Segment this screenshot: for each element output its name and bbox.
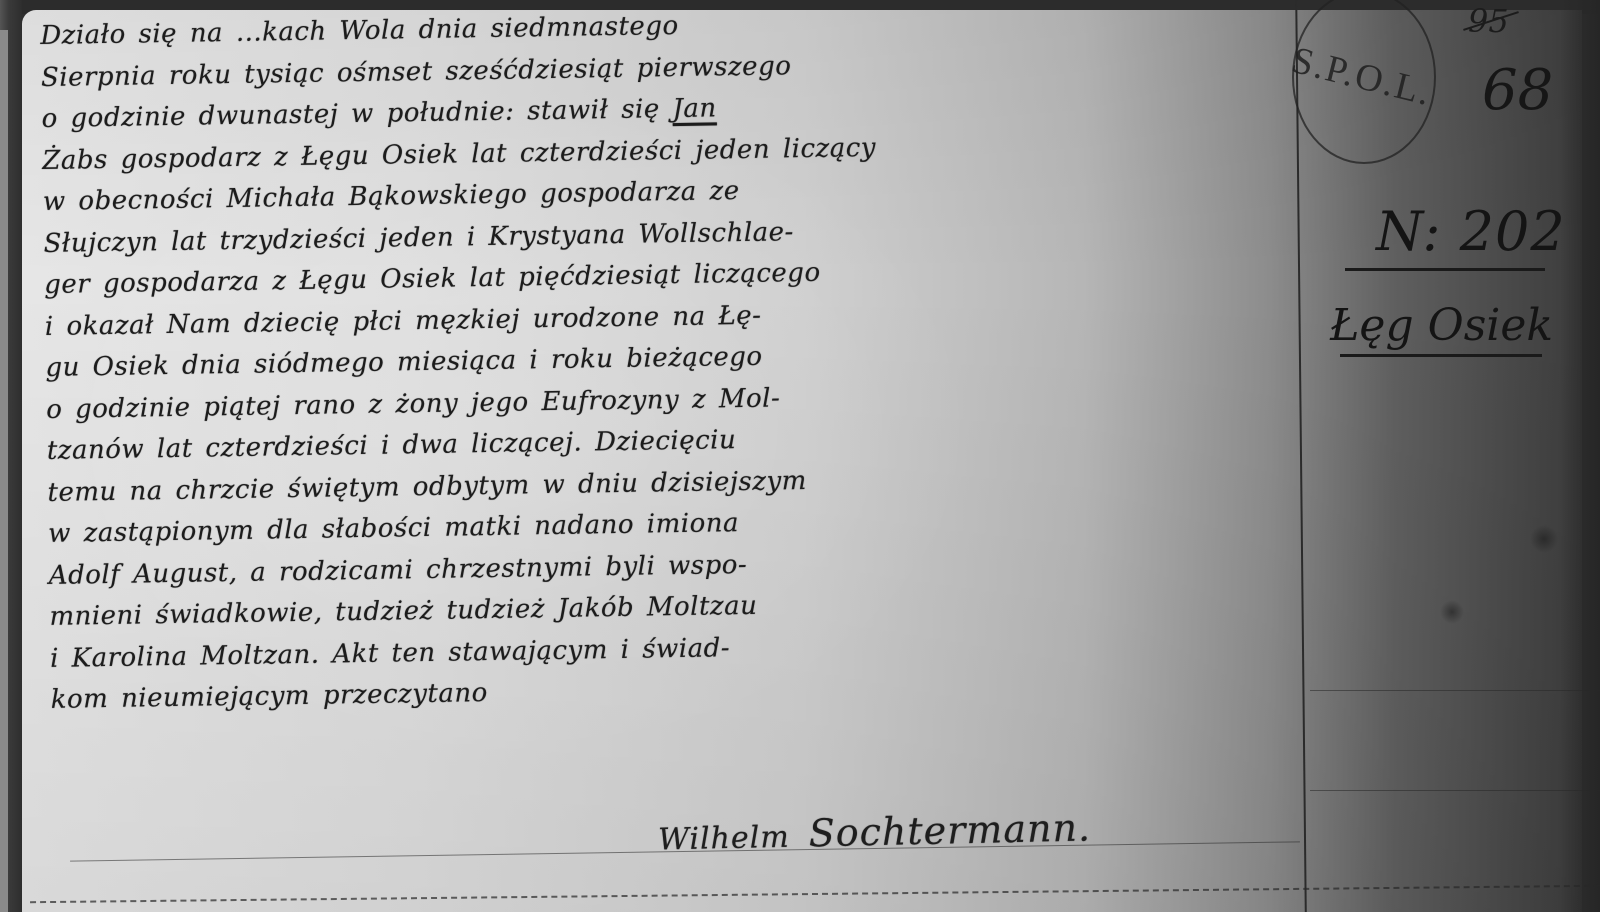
signature-last-name: Sochtermann. bbox=[808, 805, 1091, 855]
previous-page-edge bbox=[0, 30, 8, 912]
page-number: 68 bbox=[1482, 58, 1553, 123]
margin-ruled-line bbox=[1310, 690, 1600, 691]
page-shadow-right bbox=[1560, 0, 1600, 912]
record-number: N: 202 bbox=[1376, 200, 1566, 263]
officiant-signature: Wilhelm Sochtermann. bbox=[658, 805, 1092, 858]
ink-stain bbox=[1440, 600, 1464, 624]
margin-ruled-line bbox=[1310, 790, 1600, 791]
ink-stain bbox=[1530, 525, 1558, 553]
record-body: Działo się na ...kach Wola dnia siedmnas… bbox=[40, 0, 1313, 721]
crossed-out-page-number: 95 bbox=[1468, 2, 1509, 40]
signature-first-name: Wilhelm bbox=[658, 820, 790, 858]
record-number-underline bbox=[1345, 268, 1545, 271]
text-segment: o godzinie dwunastej w południe: stawił … bbox=[41, 94, 660, 134]
place-name: Łęg Osiek bbox=[1330, 300, 1553, 351]
father-first-name: Jan bbox=[672, 93, 717, 124]
place-name-underline bbox=[1340, 354, 1542, 357]
document-scan: Działo się na ...kach Wola dnia siedmnas… bbox=[0, 0, 1600, 912]
